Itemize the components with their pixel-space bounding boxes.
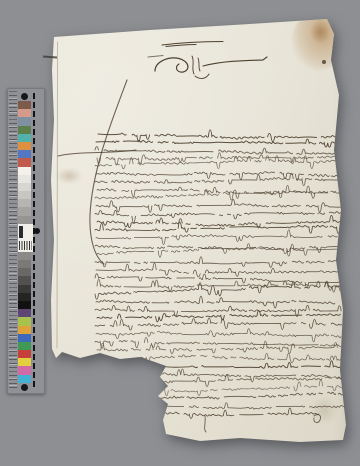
handwriting-line <box>97 186 339 199</box>
calibration-patch <box>18 175 31 183</box>
handwriting-line <box>95 337 342 348</box>
calibration-patch <box>18 301 31 309</box>
handwriting-line <box>97 310 340 321</box>
archival-photo <box>0 0 360 466</box>
calibration-patch-column <box>18 91 31 393</box>
calibration-patch <box>18 126 31 134</box>
calibration-patch <box>18 183 31 191</box>
calibration-barcode <box>19 241 32 250</box>
handwriting-line <box>96 263 343 277</box>
calibration-patch <box>18 350 31 358</box>
handwriting-line <box>95 173 347 186</box>
handwriting-line <box>138 361 340 369</box>
calibration-patch <box>18 375 31 383</box>
handwriting-line <box>96 139 348 147</box>
color-calibration-strip <box>7 88 45 394</box>
handwriting-line <box>95 305 341 316</box>
calibration-patch <box>18 326 31 334</box>
calibration-patch <box>18 309 31 317</box>
calibration-patch <box>18 342 31 350</box>
bottom-right-squiggle <box>314 415 321 423</box>
rubric-tail <box>203 57 267 66</box>
handwriting-line <box>96 296 340 308</box>
calibration-patch <box>18 268 31 276</box>
calibration-patch <box>18 134 31 142</box>
handwriting-line <box>140 353 340 364</box>
rubric-top-line <box>162 42 223 47</box>
calibration-patch <box>18 101 31 109</box>
manuscript-page <box>0 0 360 466</box>
handwriting-line <box>96 230 337 245</box>
calibration-label-block <box>18 224 33 252</box>
rubric-flourish <box>155 58 188 72</box>
handwriting-line <box>97 341 337 354</box>
crease-tick <box>148 56 163 58</box>
handwriting-line <box>95 257 344 268</box>
handwriting-line <box>95 210 340 223</box>
descender-flourish <box>205 416 206 432</box>
paper-shadow-wrap <box>0 0 360 466</box>
calibration-segment-line <box>33 93 35 389</box>
handwriting-line <box>152 392 343 399</box>
calibration-patch <box>18 109 31 117</box>
calibration-patch <box>18 285 31 293</box>
fold-crease <box>57 42 58 348</box>
handwriting-line <box>95 318 342 330</box>
calibration-patch <box>18 293 31 301</box>
calibration-patch <box>18 167 31 175</box>
calibration-fiducial-dot <box>18 91 31 101</box>
handwriting-line <box>97 215 339 228</box>
calibration-patch <box>18 142 31 150</box>
calibration-patch <box>18 158 31 166</box>
calibration-patch <box>18 260 31 268</box>
handwriting-line <box>96 329 345 342</box>
calibration-patch <box>18 317 31 325</box>
rubric-undercurl <box>195 74 209 78</box>
calibration-patch <box>18 150 31 158</box>
calibration-patch <box>18 252 31 260</box>
calibration-patch <box>18 334 31 342</box>
handwriting-line <box>97 153 349 165</box>
handwriting-line <box>95 222 345 233</box>
handwriting-line <box>150 380 343 396</box>
handwriting-line <box>96 199 352 212</box>
handwriting-line <box>152 408 319 418</box>
calibration-patch <box>18 199 31 207</box>
handwriting-line <box>95 282 339 300</box>
handwriting-line <box>97 244 346 258</box>
handwriting-line <box>98 130 342 142</box>
margin-flourish <box>90 80 127 264</box>
calibration-patch <box>18 358 31 366</box>
calibration-patch <box>18 117 31 125</box>
calibration-patch <box>18 216 31 224</box>
calibration-patch <box>18 207 31 215</box>
calibration-ruler-marks <box>9 91 17 391</box>
calibration-patch <box>18 366 31 374</box>
calibration-patch <box>18 276 31 284</box>
calibration-label-bar <box>19 226 23 238</box>
calibration-fiducial-dot <box>18 383 31 393</box>
handwriting-line <box>150 403 349 411</box>
handwriting-layer <box>0 0 360 466</box>
handwriting-line <box>95 147 338 155</box>
calibration-patch <box>18 191 31 199</box>
rubric-squiggle <box>192 56 200 74</box>
